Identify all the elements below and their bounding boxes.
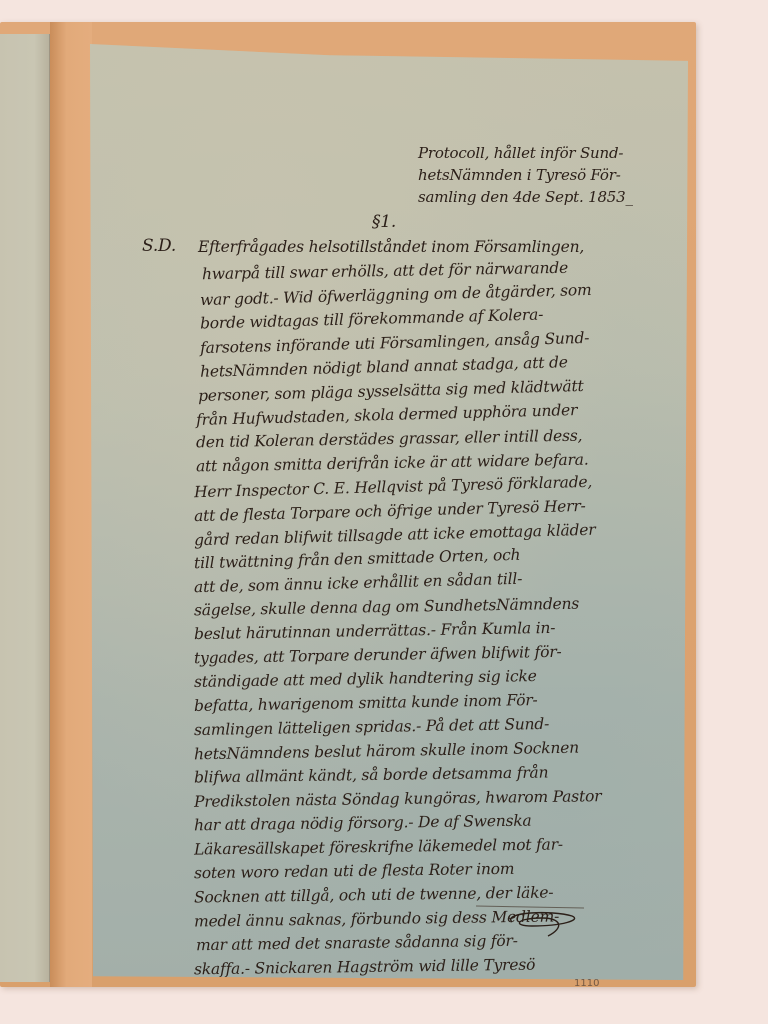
body-line: blifwa allmänt kändt, så borde detsamma …	[194, 764, 549, 787]
body-line: att någon smitta derifrån icke är att wi…	[196, 451, 589, 476]
body-line: samlingen lätteligen spridas.- På det at…	[194, 715, 549, 739]
section-mark: §1.	[372, 212, 396, 232]
body-line: hetsNämnden nödigt bland annat stadga, a…	[200, 353, 568, 381]
document-photo: Protocoll, hållet inför Sund- hetsNämnde…	[0, 0, 768, 1024]
body-line: hwarpå till swar erhölls, att det för nä…	[202, 259, 568, 283]
heading-line-2: hetsNämnden i Tyresö För-	[418, 166, 621, 184]
manuscript-text-area: Protocoll, hållet inför Sund- hetsNämnde…	[90, 44, 688, 980]
body-line: hetsNämndens beslut härom skulle inom So…	[194, 739, 579, 764]
body-line: soten woro redan uti de flesta Roter ino…	[194, 860, 515, 882]
body-line: Läkaresällskapet föreskrifne läkemedel m…	[194, 835, 563, 858]
body-line: från Hufwudstaden, skola dermed upphöra …	[196, 401, 578, 429]
body-line: att de flesta Torpare och öfrige under T…	[194, 497, 586, 525]
body-line: beslut härutinnan underrättas.- Från Kum…	[194, 619, 556, 643]
folder-spine	[50, 22, 92, 987]
archive-number: 1110	[574, 978, 599, 989]
body-line: Predikstolen nästa Söndag kungöras, hwar…	[194, 787, 602, 811]
heading-line-1: Protocoll, hållet inför Sund-	[418, 144, 623, 162]
body-line: sägelse, skulle denna dag om SundhetsNäm…	[194, 595, 579, 620]
body-line: tygades, att Torpare derunder äfwen blif…	[194, 643, 562, 667]
body-line: ständigade att med dylik handtering sig …	[194, 667, 537, 691]
left-page-edge	[0, 34, 50, 982]
ink-flourish-icon	[472, 902, 592, 942]
margin-note: S.D.	[142, 236, 176, 256]
manuscript-page: Protocoll, hållet inför Sund- hetsNämnde…	[90, 44, 688, 980]
body-line: personer, som pläga sysselsätta sig med …	[198, 377, 584, 405]
body-line: Efterfrågades helsotillståndet inom Förs…	[198, 238, 584, 256]
body-line: att de, som ännu icke erhållit en sådan …	[194, 570, 523, 597]
body-line: till twättning från den smittade Orten, …	[194, 546, 521, 573]
body-line: farsotens införande uti Församlingen, an…	[200, 329, 590, 357]
body-line: befatta, hwarigenom smitta kunde inom Fö…	[194, 691, 538, 715]
body-line: skaffa.- Snickaren Hagström wid lille Ty…	[194, 956, 535, 979]
body-line: gård redan blifwit tillsagde att icke em…	[194, 521, 596, 550]
body-line: har att draga nödig försorg.- De af Swen…	[194, 812, 532, 835]
body-line: Herr Inspector C. E. Hellqvist på Tyresö…	[194, 473, 593, 501]
heading-line-3: samling den 4de Sept. 1853_	[418, 188, 633, 206]
body-line: borde widtagas till förekommande af Kole…	[200, 306, 544, 333]
body-line: den tid Koleran derstädes grassar, eller…	[196, 427, 583, 452]
body-line: mar att med det snaraste sådanna sig för…	[196, 932, 518, 954]
